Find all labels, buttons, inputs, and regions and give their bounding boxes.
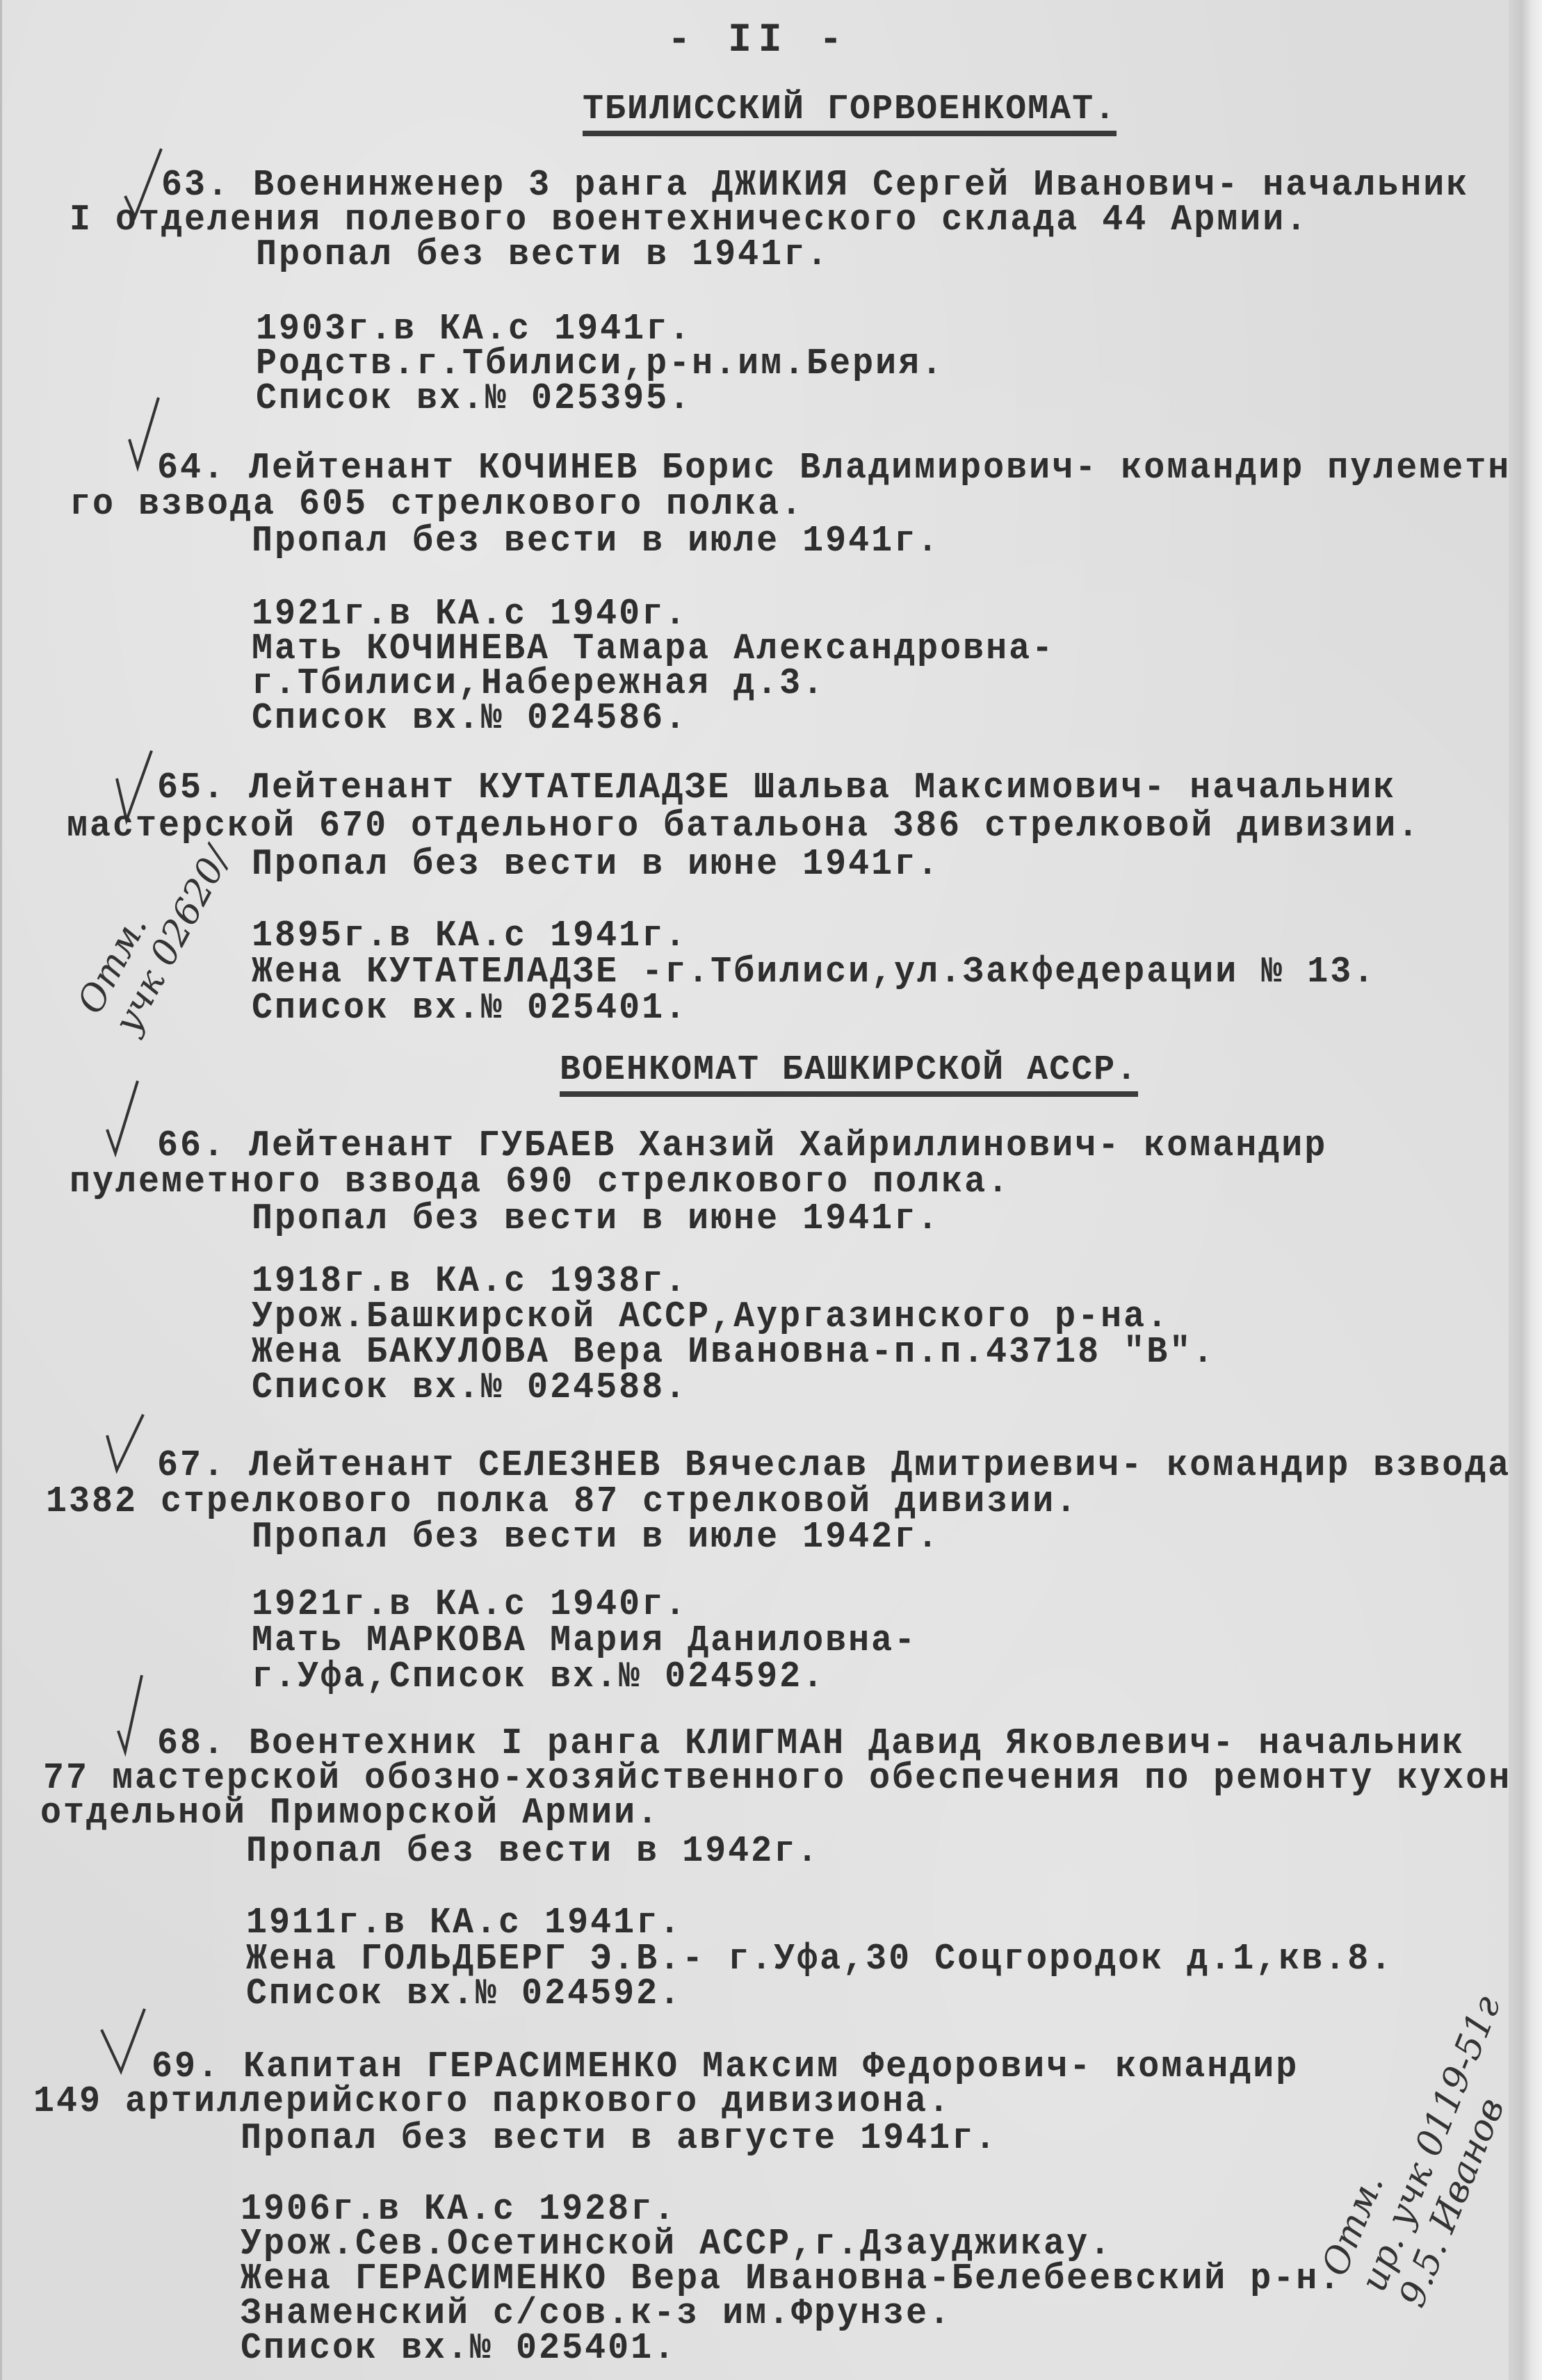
entry-64-detail-4: Список вх.№ 024586. <box>252 699 688 740</box>
entry-65-detail-3: Список вх.№ 025401. <box>252 988 688 1029</box>
checkmark-icon <box>100 2009 149 2085</box>
entry-65-line-1: 65. Лейтенант КУТАТЕЛАДЗЕ Шальва Максимо… <box>157 768 1396 809</box>
entry-64-line-2: го взвода 605 стрелкового полка. <box>70 484 804 525</box>
entry-66-line-2: пулеметного взвода 690 стрелкового полка… <box>70 1162 1010 1203</box>
entry-64-status: Пропал без вести в июле 1941г. <box>252 521 940 562</box>
checkmark-icon <box>104 1081 153 1157</box>
page-left-border <box>0 0 2 2380</box>
section-heading-tbilisi: ТБИЛИССКИЙ ГОРВОЕНКОМАТ. <box>583 90 1117 129</box>
entry-67-detail-3: г.Уфа,Список вх.№ 024592. <box>252 1657 825 1698</box>
entry-65-status: Пропал без вести в июне 1941г. <box>252 845 940 886</box>
section-heading-text: ТБИЛИССКИЙ ГОРВОЕНКОМАТ. <box>583 90 1117 136</box>
entry-63-status: Пропал без вести в 1941г. <box>256 235 829 276</box>
entry-66-detail-4: Список вх.№ 024588. <box>252 1368 688 1409</box>
entry-69-line-2: 149 артиллерийского паркового дивизиона. <box>33 2082 951 2123</box>
entry-66-status: Пропал без вести в июне 1941г. <box>252 1199 940 1240</box>
entry-65-line-2: мастерской 670 отдельного батальона 386 … <box>67 806 1420 847</box>
section-heading-text: ВОЕНКОМАТ БАШКИРСКОЙ АССР. <box>560 1050 1138 1097</box>
entry-67-status: Пропал без вести в июле 1942г. <box>252 1517 940 1558</box>
checkmark-icon <box>103 1415 152 1491</box>
section-heading-bashkir: ВОЕНКОМАТ БАШКИРСКОЙ АССР. <box>560 1051 1138 1090</box>
page-number: - II - <box>667 19 850 60</box>
entry-68-line-3: отдельной Приморской Армии. <box>40 1793 660 1834</box>
entry-68-detail-3: Список вх.№ 024592. <box>246 1974 682 2015</box>
entry-68-status: Пропал без вести в 1942г. <box>246 1832 820 1873</box>
entry-69-status: Пропал без вести в августе 1941г. <box>241 2119 998 2160</box>
entry-69-detail-5: Список вх.№ 025401. <box>241 2329 676 2370</box>
entry-63-detail-3: Список вх.№ 025395. <box>256 379 692 420</box>
